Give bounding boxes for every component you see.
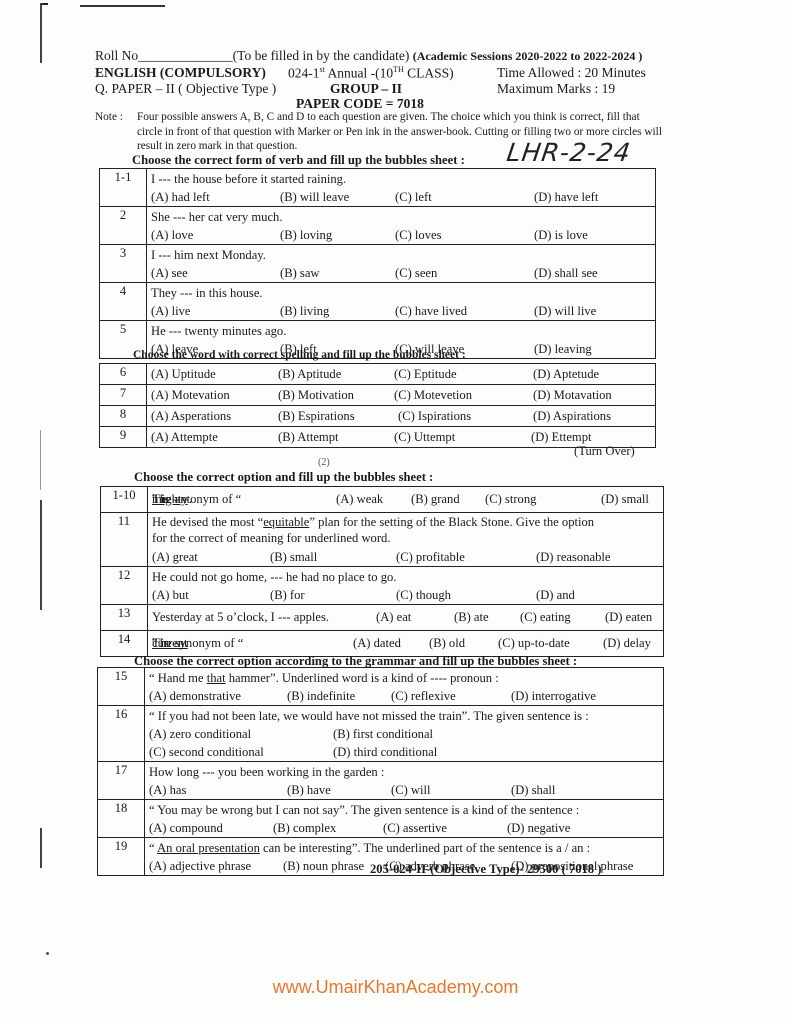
- question-row: 12 He could not go home, --- he had no p…: [101, 567, 664, 605]
- question-stem: He could not go home, --- he had no plac…: [152, 568, 659, 586]
- option-a[interactable]: (A) has: [149, 781, 186, 799]
- question-number: 12: [101, 567, 148, 605]
- option-d[interactable]: (D) will live: [534, 302, 596, 320]
- question-stem: He --- twenty minutes ago.: [151, 322, 651, 340]
- option-a[interactable]: (A) live: [151, 302, 191, 320]
- option-b[interactable]: (B) complex: [273, 819, 336, 837]
- roll-no-blank: ______________: [138, 48, 233, 63]
- page-number-mark: (2): [318, 457, 330, 468]
- option-b[interactable]: (B) saw: [280, 264, 320, 282]
- option-b[interactable]: (B) indefinite: [287, 687, 355, 705]
- option-d[interactable]: (D) reasonable: [536, 546, 610, 568]
- option-a[interactable]: (A) had left: [151, 188, 210, 206]
- roll-no-line: Roll No______________(To be filled in by…: [95, 48, 642, 64]
- question-stem: “ Hand me that hammer”. Underlined word …: [149, 669, 659, 687]
- option-b[interactable]: (B) for: [270, 586, 305, 604]
- option-c[interactable]: (C) left: [395, 188, 432, 206]
- question-stem: I --- the house before it started rainin…: [151, 170, 651, 188]
- option-b[interactable]: (B) Attempt: [278, 428, 339, 447]
- grammar-questions-table: 15 “ Hand me that hammer”. Underlined wo…: [97, 667, 664, 876]
- question-row: 8 (A) Asperations(B) Espirations(C) Ispi…: [100, 406, 656, 427]
- question-number: 4: [100, 283, 147, 321]
- paper-type: Q. PAPER – II ( Objective Type ): [95, 81, 276, 97]
- question-stem: “ An oral presentation can be interestin…: [149, 839, 659, 857]
- option-d[interactable]: (D) Aptetude: [533, 365, 599, 384]
- question-stem: He devised the most “equitable” plan for…: [152, 514, 659, 530]
- question-row: 11 He devised the most “equitable” plan …: [101, 513, 664, 567]
- option-a[interactable]: (A) great: [152, 546, 198, 568]
- question-row: 4 They --- in this house. (A) live(B) li…: [100, 283, 656, 321]
- option-d[interactable]: (D) and: [536, 586, 575, 604]
- question-number: 11: [101, 513, 148, 567]
- question-number: 18: [98, 800, 145, 838]
- option-b[interactable]: (B) old: [429, 632, 465, 654]
- question-stem: “ You may be wrong but I can not say”. T…: [149, 801, 659, 819]
- option-a[interactable]: (A) Attempte: [151, 428, 218, 447]
- option-c[interactable]: (C) profitable: [396, 546, 465, 568]
- question-number: 7: [100, 385, 147, 406]
- option-c[interactable]: (C) Ispirations: [398, 407, 471, 426]
- option-d[interactable]: (D) is love: [534, 226, 588, 244]
- question-number: 15: [98, 668, 145, 706]
- option-d[interactable]: (D) shall see: [534, 264, 598, 282]
- question-number: 8: [100, 406, 147, 427]
- scan-edge-line: [40, 828, 42, 868]
- option-b[interactable]: (B) ate: [454, 606, 489, 628]
- section-title-options: Choose the correct option and fill up th…: [134, 470, 433, 485]
- option-c[interactable]: (C) though: [396, 586, 451, 604]
- question-row: 16 “ If you had not been late, we would …: [98, 706, 664, 762]
- scan-edge-line: [40, 3, 42, 63]
- option-b[interactable]: (B) Espirations: [278, 407, 355, 426]
- question-stem: “ If you had not been late, we would hav…: [149, 707, 659, 725]
- question-number: 2: [100, 207, 147, 245]
- option-d[interactable]: (D) small: [601, 488, 649, 510]
- question-row: 15 “ Hand me that hammer”. Underlined wo…: [98, 668, 664, 706]
- exam-name: 024-1st Annual -(10TH CLASS): [288, 65, 454, 82]
- option-b[interactable]: (B) have: [287, 781, 331, 799]
- option-d[interactable]: (D) leaving: [534, 340, 592, 358]
- handwritten-annotation: LHR-2-24: [505, 138, 633, 167]
- option-a[interactable]: (A) but: [152, 586, 189, 604]
- section-title-verbs: Choose the correct form of verb and fill…: [132, 153, 465, 168]
- option-b[interactable]: (B) living: [280, 302, 329, 320]
- option-d[interactable]: (D) delay: [603, 632, 651, 654]
- max-marks: Maximum Marks : 19: [497, 81, 615, 97]
- question-row: 9 (A) Attempte(B) Attempt(C) Uttempt(D) …: [100, 427, 656, 448]
- option-a[interactable]: (A) see: [151, 264, 188, 282]
- question-number: 3: [100, 245, 147, 283]
- question-row: 6 (A) Uptitude(B) Aptitude(C) Eptitude(D…: [100, 364, 656, 385]
- option-b[interactable]: (B) grand: [411, 488, 460, 510]
- option-b[interactable]: (B) Motivation: [278, 386, 354, 405]
- question-number: 1-1: [100, 169, 147, 207]
- time-allowed: Time Allowed : 20 Minutes: [497, 65, 646, 81]
- question-number: 19: [98, 838, 145, 876]
- option-a[interactable]: (A) love: [151, 226, 193, 244]
- option-b[interactable]: (B) Aptitude: [278, 365, 341, 384]
- roll-no-label: Roll No: [95, 48, 138, 63]
- option-a[interactable]: (A) Motevation: [151, 386, 230, 405]
- roll-no-instruction: (To be filled in by the candidate): [233, 48, 410, 63]
- question-stem: How long --- you been working in the gar…: [149, 763, 659, 781]
- option-a[interactable]: (A) eat: [376, 606, 411, 628]
- question-row: 3 I --- him next Monday. (A) see(B) saw(…: [100, 245, 656, 283]
- option-a[interactable]: (A) weak: [336, 488, 383, 510]
- option-c[interactable]: (C) assertive: [383, 819, 447, 837]
- question-number: 16: [98, 706, 145, 762]
- option-b[interactable]: (B) first conditional: [333, 725, 433, 743]
- option-d[interactable]: (D) have left: [534, 188, 598, 206]
- option-b[interactable]: (B) small: [270, 546, 317, 568]
- question-row: 1-1 I --- the house before it started ra…: [100, 169, 656, 207]
- option-c[interactable]: (C) eating: [520, 606, 571, 628]
- question-number: 1-10: [101, 487, 148, 513]
- section-title-spelling: Choose the word with correct spelling an…: [133, 349, 466, 361]
- question-number: 6: [100, 364, 147, 385]
- subject: ENGLISH (COMPULSORY): [95, 65, 266, 81]
- option-d[interactable]: (D) shall: [511, 781, 555, 799]
- spelling-questions-table: 6 (A) Uptitude(B) Aptitude(C) Eptitude(D…: [99, 363, 656, 448]
- option-c[interactable]: (C) reflexive: [391, 687, 456, 705]
- option-d[interactable]: (D) third conditional: [333, 743, 437, 761]
- question-row: 1-10 The antonym of “mighty” is ----. (A…: [101, 487, 664, 513]
- option-b[interactable]: (B) will leave: [280, 188, 349, 206]
- option-d[interactable]: (D) Aspirations: [533, 407, 611, 426]
- option-d[interactable]: (D) eaten: [605, 606, 652, 628]
- scan-edge-line: [40, 500, 42, 610]
- option-d[interactable]: (D) negative: [507, 819, 570, 837]
- option-a[interactable]: (A) dated: [353, 632, 401, 654]
- option-d[interactable]: (D) Motavation: [533, 386, 612, 405]
- question-row: 13 Yesterday at 5 o’clock, I --- apples.…: [101, 605, 664, 631]
- question-stem: She --- her cat very much.: [151, 208, 651, 226]
- option-c[interactable]: (C) Motevetion: [394, 386, 472, 405]
- question-stem: Yesterday at 5 o’clock, I --- apples.: [152, 606, 329, 628]
- question-number: 13: [101, 605, 148, 631]
- question-stem-line2: for the correct of meaning for underline…: [152, 530, 659, 546]
- question-row: 18 “ You may be wrong but I can not say”…: [98, 800, 664, 838]
- question-number: 17: [98, 762, 145, 800]
- option-c[interactable]: (C) strong: [485, 488, 536, 510]
- option-c[interactable]: (C) Uttempt: [394, 428, 455, 447]
- question-row: 17 How long --- you been working in the …: [98, 762, 664, 800]
- option-a[interactable]: (A) adjective phrase: [149, 857, 251, 875]
- footer-paper-code: 205-024-II-(Objective Type)- 29500 ( 701…: [370, 862, 601, 877]
- question-stem: They --- in this house.: [151, 284, 651, 302]
- scan-artifact: [80, 5, 165, 7]
- option-a[interactable]: (A) zero conditional: [149, 725, 251, 743]
- option-a[interactable]: (A) demonstrative: [149, 687, 241, 705]
- scan-edge-line: [40, 430, 41, 490]
- option-c[interactable]: (C) loves: [395, 226, 442, 244]
- group: GROUP – II: [330, 81, 402, 97]
- website-link[interactable]: www.UmairKhanAcademy.com: [0, 977, 791, 998]
- question-stem: I --- him next Monday.: [151, 246, 651, 264]
- question-row: 2 She --- her cat very much. (A) love(B)…: [100, 207, 656, 245]
- option-d[interactable]: (D) interrogative: [511, 687, 596, 705]
- option-c[interactable]: (C) will: [391, 781, 431, 799]
- question-row: 14 The synonym of “current” is ---. (A) …: [101, 631, 664, 657]
- turn-over: (Turn Over): [574, 444, 635, 459]
- sessions: (Academic Sessions 2020-2022 to 2022-202…: [413, 49, 643, 63]
- verb-questions-table: 1-1 I --- the house before it started ra…: [99, 168, 656, 359]
- option-b[interactable]: (B) loving: [280, 226, 332, 244]
- option-c[interactable]: (C) second conditional: [149, 743, 264, 761]
- note-label: Note :: [95, 110, 123, 125]
- option-c[interactable]: (C) seen: [395, 264, 437, 282]
- option-a[interactable]: (A) Asperations: [151, 407, 231, 426]
- option-a[interactable]: (A) compound: [149, 819, 223, 837]
- question-number: 14: [101, 631, 148, 657]
- option-a[interactable]: (A) Uptitude: [151, 365, 216, 384]
- question-number: 9: [100, 427, 147, 448]
- option-c[interactable]: (C) Eptitude: [394, 365, 457, 384]
- scan-speck: [46, 952, 49, 955]
- question-row: 7 (A) Motevation(B) Motivation(C) Moteve…: [100, 385, 656, 406]
- option-c[interactable]: (C) up-to-date: [498, 632, 570, 654]
- option-b[interactable]: (B) noun phrase: [283, 857, 364, 875]
- options-questions-table: 1-10 The antonym of “mighty” is ----. (A…: [100, 486, 664, 657]
- option-c[interactable]: (C) have lived: [395, 302, 467, 320]
